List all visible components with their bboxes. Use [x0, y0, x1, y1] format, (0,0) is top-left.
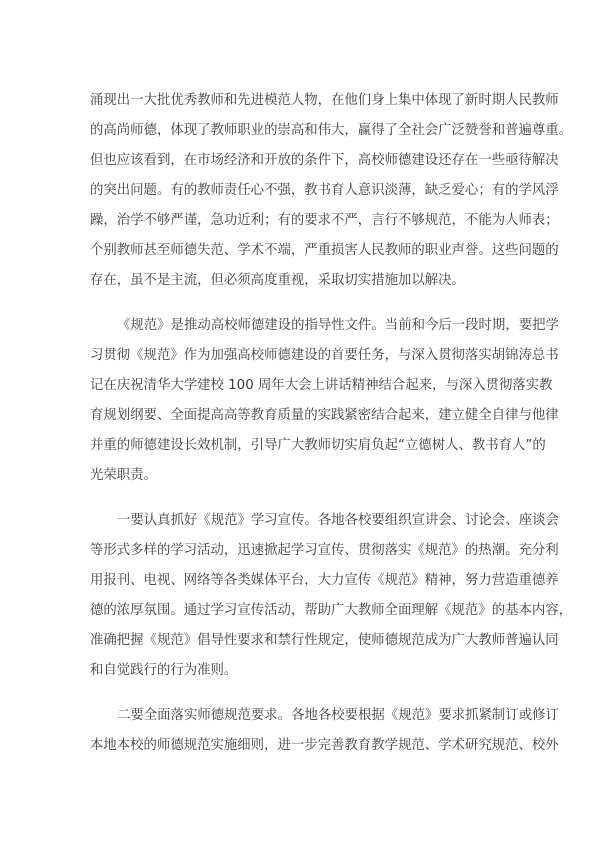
text-line: 《规范》是推动高校师德建设的指导性文件。当前和今后一段时期，要把学: [90, 311, 506, 341]
text-line: 二要全面落实师德规范要求。各地各校要根据《规范》要求抓紧制订或修订: [90, 701, 506, 731]
text-line: 准确把握《规范》倡导性要求和禁行性规定，使师德规范成为广大教师普遍认同: [90, 626, 506, 656]
text-line: 个别教师甚至师德失范、学术不端，严重损害人民教师的职业声誉。这些问题的: [90, 236, 506, 266]
text-line: 躁，治学不够严谨，急功近利；有的要求不严，言行不够规范，不能为人师表；: [90, 206, 506, 236]
text-line: 记在庆祝清华大学建校 100 周年大会上讲话精神结合起来，与深入贯彻落实教: [90, 371, 506, 401]
document-page: 涌现出一大批优秀教师和先进模范人物，在他们身上集中体现了新时期人民教师 的高尚师…: [90, 86, 506, 776]
text-line: 本地本校的师德规范实施细则，进一步完善教育教学规范、学术研究规范、校外: [90, 731, 506, 761]
text-line: 一要认真抓好《规范》学习宣传。各地各校要组织宣讲会、讨论会、座谈会: [90, 506, 506, 536]
text-line: 但也应该看到，在市场经济和开放的条件下，高校师德建设还存在一些亟待解决: [90, 146, 506, 176]
text-line: 光荣职责。: [90, 461, 506, 491]
text-line: 的突出问题。有的教师责任心不强，教书育人意识淡薄，缺乏爱心；有的学风浮: [90, 176, 506, 206]
paragraph-implementation: 二要全面落实师德规范要求。各地各校要根据《规范》要求抓紧制订或修订 本地本校的师…: [90, 701, 506, 761]
text-line: 习贯彻《规范》作为加强高校师德建设的首要任务，与深入贯彻落实胡锦涛总书: [90, 341, 506, 371]
text-line: 用报刊、电视、网络等各类媒体平台，大力宣传《规范》精神，努力营造重德养: [90, 566, 506, 596]
text-line: 并重的师德建设长效机制，引导广大教师切实肩负起“立德树人、教书育人”的: [90, 431, 506, 461]
paragraph-guiding-document: 《规范》是推动高校师德建设的指导性文件。当前和今后一段时期，要把学 习贯彻《规范…: [90, 311, 506, 491]
text-line: 的高尚师德，体现了教师职业的崇高和伟大，赢得了全社会广泛赞誉和普遍尊重。: [90, 116, 506, 146]
text-line: 等形式多样的学习活动，迅速掀起学习宣传、贯彻落实《规范》的热潮。充分利: [90, 536, 506, 566]
text-line: 和自觉践行的行为准则。: [90, 656, 506, 686]
text-line: 存在，虽不是主流，但必须高度重视，采取切实措施加以解决。: [90, 266, 506, 296]
text-line: 德的浓厚氛围。通过学习宣传活动，帮助广大教师全面理解《规范》的基本内容，: [90, 596, 506, 626]
paragraph-problems: 涌现出一大批优秀教师和先进模范人物，在他们身上集中体现了新时期人民教师 的高尚师…: [90, 86, 506, 296]
text-line: 涌现出一大批优秀教师和先进模范人物，在他们身上集中体现了新时期人民教师: [90, 86, 506, 116]
paragraph-study-promotion: 一要认真抓好《规范》学习宣传。各地各校要组织宣讲会、讨论会、座谈会 等形式多样的…: [90, 506, 506, 686]
text-line: 育规划纲要、全面提高高等教育质量的实践紧密结合起来，建立健全自律与他律: [90, 401, 506, 431]
